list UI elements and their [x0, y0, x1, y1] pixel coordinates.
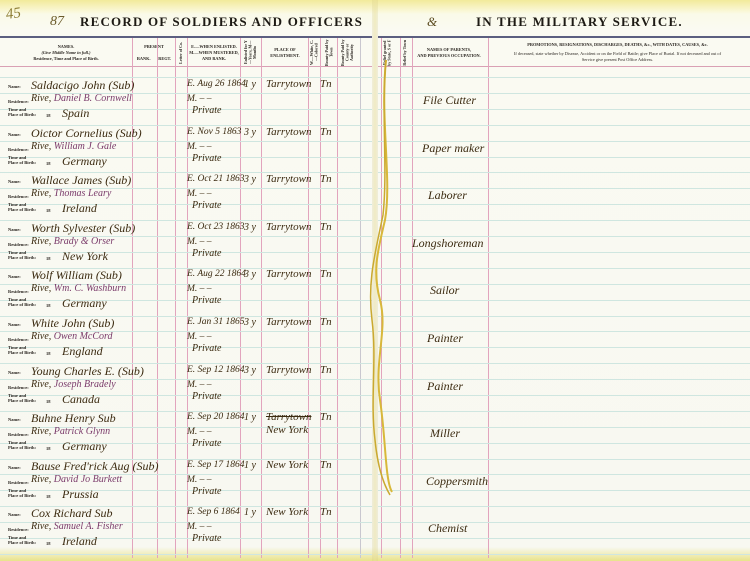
enlistment-term: 3 y — [244, 269, 256, 280]
enlisted-date: E. Nov 5 1863 — [187, 127, 241, 137]
soldier-name: White John (Sub) — [31, 316, 114, 331]
mustered-date: M. – – — [187, 475, 212, 485]
soldier-record-row: Name:Residence:Time andPlace of Birth:18… — [0, 410, 372, 457]
residence-value: Rive, Daniel B. Cornwell — [31, 93, 132, 104]
ruled-line — [378, 204, 750, 205]
soldier-record-row: Name:Residence:Time andPlace of Birth:18… — [0, 220, 372, 267]
birthplace-label: Place of Birth: — [8, 398, 36, 403]
header-enlisted-for: Enlisted for Y—Years, M—Months — [241, 39, 261, 66]
principal-name: Daniel B. Cornwell — [54, 93, 132, 104]
soldier-name: Oictor Cornelius (Sub) — [31, 126, 142, 141]
ruled-line — [378, 554, 750, 555]
rank-value: Private — [192, 105, 221, 116]
ruled-line — [378, 459, 750, 460]
header-present: PRESENT RANK. REGT. — [133, 39, 175, 66]
header-regt: REGT. — [158, 56, 171, 62]
enlistment-place: Tarrytown — [266, 268, 311, 280]
residence-label: Residence: — [8, 527, 29, 532]
ruled-line — [378, 172, 750, 173]
name-label: Name: — [8, 227, 21, 232]
page-title-left: RECORD OF SOLDIERS AND OFFICERS — [80, 14, 363, 30]
birthplace-label: Place of Birth: — [8, 350, 36, 355]
birthplace-value: Ireland — [62, 534, 97, 549]
previous-occupation: Painter — [427, 379, 463, 394]
mustered-date: M. – – — [187, 522, 212, 532]
name-label: Name: — [8, 417, 21, 422]
header-relief-town: Relief by Town — [400, 39, 410, 66]
enlistment-place: Tarrytown — [266, 78, 311, 90]
ruled-line — [378, 490, 750, 491]
previous-occupation: Longshoreman — [412, 236, 484, 251]
soldier-record-row: Name:Residence:Time andPlace of Birth:18… — [0, 363, 372, 410]
birthplace-label: Place of Birth: — [8, 540, 36, 545]
year-prefix: 18 — [46, 399, 51, 404]
principal-name: Wm. C. Washburn — [54, 283, 126, 294]
enlisted-date: E. Sep 12 1864 — [187, 365, 245, 375]
birthplace-value: Ireland — [62, 201, 97, 216]
enlisted-date: E. Sep 17 1864 — [187, 460, 245, 470]
mustered-date: M. – – — [187, 94, 212, 104]
residence-label: Residence: — [8, 289, 29, 294]
residence-value: Rive, David Jo Burkett — [31, 474, 122, 485]
ruled-line — [378, 411, 750, 412]
ruled-line — [378, 157, 750, 158]
mustered-date: M. – – — [187, 142, 212, 152]
header-rule-right — [378, 36, 750, 38]
enlistment-term: 1 y — [244, 79, 256, 90]
principal-name: Samuel A. Fisher — [54, 521, 123, 532]
mustered-date: M. – – — [187, 189, 212, 199]
residence-label: Residence: — [8, 99, 29, 104]
header-white-colored: W.—White, C.—Colored — [309, 39, 320, 66]
year-prefix: 18 — [46, 303, 51, 308]
enlistment-term: 3 y — [244, 127, 256, 138]
header-letter-of-co: Letter of Co. — [176, 39, 187, 66]
ruled-line — [378, 443, 750, 444]
column-rule — [488, 38, 489, 558]
header-when-enlisted: E.—WHEN ENLISTED. M.—WHEN MUSTERED, AND … — [188, 39, 240, 66]
enlisted-date: E. Oct 21 1863 — [187, 174, 245, 184]
birthplace-value: Germany — [62, 296, 107, 311]
place-suffix: Tn — [320, 126, 332, 138]
residence-value: Rive, Samuel A. Fisher — [31, 521, 123, 532]
rank-value: Private — [192, 391, 221, 402]
header-promotions: PROMOTIONS, RESIGNATIONS, DISCHARGES, DE… — [490, 39, 745, 66]
header-rank: RANK. — [137, 56, 151, 62]
residence-value: Rive, Wm. C. Washburn — [31, 283, 126, 294]
rank-value: Private — [192, 200, 221, 211]
soldier-name: Cox Richard Sub — [31, 506, 113, 521]
name-label: Name: — [8, 465, 21, 470]
birthplace-value: Canada — [62, 392, 100, 407]
ruled-line — [378, 538, 750, 539]
birthplace-label: Place of Birth: — [8, 493, 36, 498]
enlisted-date: E. Sep 6 1864 — [187, 507, 240, 517]
principal-name: Brady & Orser — [54, 236, 115, 247]
soldier-record-row: Name:Residence:Time andPlace of Birth:18… — [0, 172, 372, 219]
ruled-line — [378, 125, 750, 126]
place-suffix: Tn — [320, 173, 332, 185]
page-title-right: IN THE MILITARY SERVICE. — [476, 14, 683, 30]
ruled-line — [378, 506, 750, 507]
birthplace-value: Germany — [62, 439, 107, 454]
residence-value: Rive, Patrick Glynn — [31, 426, 110, 437]
enlisted-date: E. Jan 31 1865 — [187, 317, 245, 327]
column-rule — [381, 38, 382, 558]
place-suffix: Tn — [320, 411, 332, 423]
mustered-date: M. – – — [187, 237, 212, 247]
residence-value: Rive, Brady & Orser — [31, 236, 114, 247]
enlistment-term: 1 y — [244, 460, 256, 471]
birthplace-value: Germany — [62, 154, 107, 169]
birthplace-value: New York — [62, 249, 108, 264]
enlistment-place: Tarrytown — [266, 411, 311, 423]
residence-label: Residence: — [8, 242, 29, 247]
previous-occupation: Coppersmith — [426, 474, 488, 489]
soldier-name: Saldacigo John (Sub) — [31, 78, 134, 93]
mustered-date: M. – – — [187, 427, 212, 437]
name-label: Name: — [8, 274, 21, 279]
year-prefix: 18 — [46, 256, 51, 261]
ruled-line — [378, 220, 750, 221]
enlistment-place: New York — [266, 506, 308, 518]
ruled-line — [378, 363, 750, 364]
header-bounty-county: Bounty Paid by County or Authority — [338, 39, 358, 66]
enlistment-place: Tarrytown — [266, 126, 311, 138]
year-prefix: 18 — [46, 494, 51, 499]
previous-occupation: Sailor — [430, 283, 459, 298]
residence-value: Rive, William J. Gale — [31, 141, 116, 152]
place-suffix: Tn — [320, 364, 332, 376]
enlisted-date: E. Aug 22 1864 — [187, 269, 246, 279]
mustered-date: M. – – — [187, 380, 212, 390]
enlisted-date: E. Aug 26 1864 — [187, 79, 246, 89]
ruled-line — [378, 77, 750, 78]
residence-label: Residence: — [8, 385, 29, 390]
column-rule — [400, 38, 401, 558]
name-label: Name: — [8, 370, 21, 375]
residence-label: Residence: — [8, 432, 29, 437]
rank-value: Private — [192, 295, 221, 306]
mustered-date: M. – – — [187, 332, 212, 342]
enlistment-term: 3 y — [244, 365, 256, 376]
enlistment-term: 3 y — [244, 317, 256, 328]
soldier-record-row: Name:Residence:Time andPlace of Birth:18… — [0, 77, 372, 124]
ruled-line — [378, 347, 750, 348]
enlistment-term: 1 y — [244, 412, 256, 423]
soldier-name: Wolf William (Sub) — [31, 268, 122, 283]
birthplace-label: Place of Birth: — [8, 445, 36, 450]
residence-value: Rive, Owen McCord — [31, 331, 113, 342]
soldier-name: Buhne Henry Sub — [31, 411, 116, 426]
header-names: NAMES. (Give Middle Name in full.) Resid… — [0, 39, 132, 66]
soldier-record-row: Name:Residence:Time andPlace of Birth:18… — [0, 315, 372, 362]
place-suffix: Tn — [320, 316, 332, 328]
rank-value: Private — [192, 153, 221, 164]
previous-occupation: Miller — [430, 426, 460, 441]
header-bounty-town: Bounty Paid by Town — [321, 39, 337, 66]
place-suffix: Tn — [320, 268, 332, 280]
birthplace-value: England — [62, 344, 103, 359]
residence-label: Residence: — [8, 194, 29, 199]
enlistment-place: Tarrytown — [266, 221, 311, 233]
principal-name: Owen McCord — [54, 331, 113, 342]
birthplace-value: Prussia — [62, 487, 99, 502]
enlistment-term: 3 y — [244, 222, 256, 233]
ruled-line — [0, 554, 372, 555]
rank-value: Private — [192, 438, 221, 449]
place-suffix: Tn — [320, 506, 332, 518]
soldier-name: Bause Fred'rick Aug (Sub) — [31, 459, 159, 474]
previous-occupation: Chemist — [428, 521, 467, 536]
year-prefix: 18 — [46, 208, 51, 213]
enlistment-term: 1 y — [244, 507, 256, 518]
ruled-line — [378, 252, 750, 253]
name-label: Name: — [8, 179, 21, 184]
book-gutter — [372, 0, 378, 561]
enlisted-date: E. Sep 20 1864 — [187, 412, 245, 422]
year-prefix: 18 — [46, 161, 51, 166]
previous-occupation: Paper maker — [422, 141, 484, 156]
residence-label: Residence: — [8, 147, 29, 152]
birthplace-label: Place of Birth: — [8, 255, 36, 260]
birthplace-label: Place of Birth: — [8, 207, 36, 212]
soldier-name: Young Charles E. (Sub) — [31, 364, 144, 379]
header-bottom-left — [0, 66, 372, 67]
birthplace-value: Spain — [62, 106, 89, 121]
place-suffix: Tn — [320, 78, 332, 90]
header-rule-left — [0, 36, 372, 38]
residence-label: Residence: — [8, 337, 29, 342]
folio-mark: & — [427, 14, 437, 30]
soldier-record-row: Name:Residence:Time andPlace of Birth:18… — [0, 267, 372, 314]
rank-value: Private — [192, 533, 221, 544]
previous-occupation: Laborer — [428, 188, 467, 203]
enlistment-place: Tarrytown — [266, 173, 311, 185]
ruled-line — [378, 268, 750, 269]
ruled-line — [378, 316, 750, 317]
enlistment-place: Tarrytown — [266, 364, 311, 376]
header-parents-occupation: NAMES OF PARENTS, AND PREVIOUS OCCUPATIO… — [413, 39, 485, 66]
soldier-record-row: Name:Residence:Time andPlace of Birth:18… — [0, 505, 372, 552]
soldier-name: Worth Sylvester (Sub) — [31, 221, 135, 236]
header-relief-state: Relief granted by State, S or F — [382, 39, 392, 66]
ruled-line — [378, 395, 750, 396]
year-prefix: 18 — [46, 351, 51, 356]
soldier-record-row: Name:Residence:Time andPlace of Birth:18… — [0, 458, 372, 505]
residence-label: Residence: — [8, 480, 29, 485]
birthplace-label: Place of Birth: — [8, 160, 36, 165]
name-label: Name: — [8, 132, 21, 137]
principal-name: Joseph Bradely — [54, 379, 116, 390]
year-prefix: 18 — [46, 541, 51, 546]
header-place-of-enlistment: PLACE OF ENLISTMENT. — [262, 39, 308, 66]
header-bottom-right — [378, 66, 750, 67]
place-suffix: Tn — [320, 221, 332, 233]
rank-value: Private — [192, 343, 221, 354]
ruled-line — [378, 109, 750, 110]
previous-occupation: File Cutter — [423, 93, 476, 108]
enlistment-place: Tarrytown — [266, 316, 311, 328]
principal-name: Patrick Glynn — [54, 426, 110, 437]
principal-name: David Jo Burkett — [54, 474, 122, 485]
folio-number: 87 — [50, 14, 64, 30]
enlistment-place-alt: New York — [266, 424, 308, 436]
residence-value: Rive, Thomas Leary — [31, 188, 111, 199]
birthplace-label: Place of Birth: — [8, 302, 36, 307]
ruled-line — [378, 300, 750, 301]
column-rule — [412, 38, 413, 558]
name-label: Name: — [8, 84, 21, 89]
birthplace-label: Place of Birth: — [8, 112, 36, 117]
previous-occupation: Painter — [427, 331, 463, 346]
mustered-date: M. – – — [187, 284, 212, 294]
enlistment-place: New York — [266, 459, 308, 471]
soldier-record-row: Name:Residence:Time andPlace of Birth:18… — [0, 125, 372, 172]
soldier-name: Wallace James (Sub) — [31, 173, 131, 188]
rank-value: Private — [192, 486, 221, 497]
enlisted-date: E. Oct 23 1863 — [187, 222, 245, 232]
principal-name: Thomas Leary — [54, 188, 112, 199]
name-label: Name: — [8, 322, 21, 327]
principal-name: William J. Gale — [54, 141, 117, 152]
year-prefix: 18 — [46, 113, 51, 118]
page-number: 45 — [5, 5, 22, 24]
year-prefix: 18 — [46, 446, 51, 451]
residence-value: Rive, Joseph Bradely — [31, 379, 116, 390]
rank-value: Private — [192, 248, 221, 259]
enlistment-term: 3 y — [244, 174, 256, 185]
name-label: Name: — [8, 512, 21, 517]
place-suffix: Tn — [320, 459, 332, 471]
